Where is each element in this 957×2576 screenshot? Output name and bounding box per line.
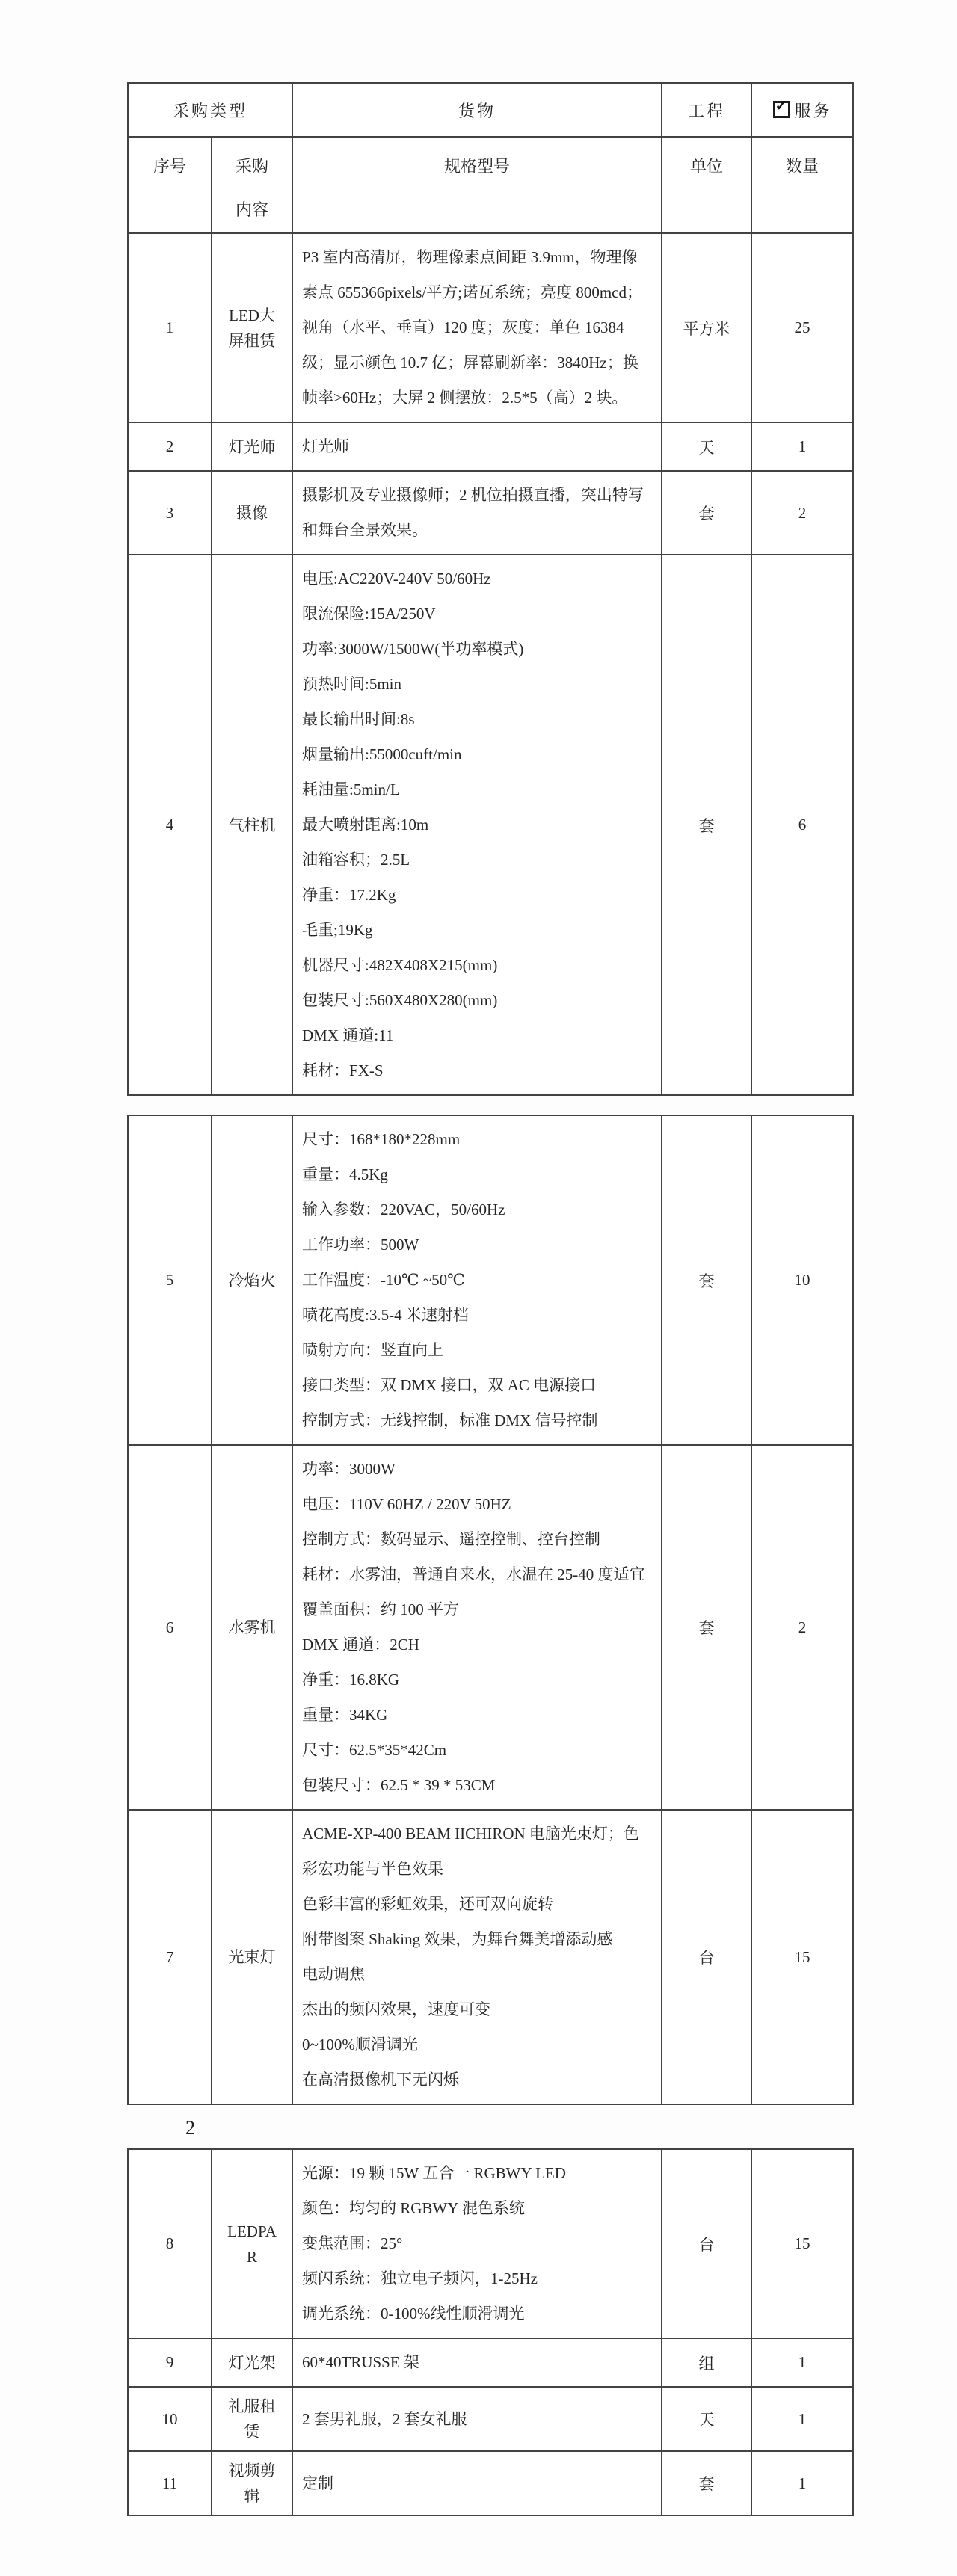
spec-line: 重量：34KG <box>302 1698 652 1733</box>
col-header-unit: 单位 <box>662 137 751 233</box>
checked-checkbox-icon: ✓ <box>773 101 790 118</box>
spec-line: 输入参数：220VAC，50/60Hz <box>302 1192 652 1227</box>
spec-line: 最大喷射距离:10m <box>302 807 652 842</box>
spec-line: 喷射方向：竖直向上 <box>302 1333 652 1368</box>
type-option-goods: 货物 <box>292 83 662 137</box>
row-number-cell: 1 <box>128 233 212 422</box>
spec-cell: ACME-XP-400 BEAM IICHIRON 电脑光束灯；色彩宏功能与半色… <box>292 1810 662 2104</box>
quantity-cell: 2 <box>751 1445 853 1810</box>
procurement-table-block-1: 采购类型 货物 工程 ✓服务 序号 采购内容 规格型号 单位 数量 1 LED大… <box>127 82 854 1096</box>
spec-cell: 光源：19 颗 15W 五合一 RGBWY LED颜色：均匀的 RGBWY 混色… <box>292 2149 662 2338</box>
col-header-qty: 数量 <box>751 137 853 233</box>
spec-line: 包装尺寸：62.5 * 39 * 53CM <box>302 1768 652 1803</box>
spec-line: 功率：3000W <box>302 1452 652 1487</box>
col-header-spec: 规格型号 <box>292 137 662 233</box>
spec-line: 色彩丰富的彩虹效果，还可双向旋转 <box>302 1887 652 1922</box>
table-row: 10 礼服租赁 2 套男礼服，2 套女礼服 天 1 <box>128 2387 853 2451</box>
spec-line: DMX 通道：2CH <box>302 1627 652 1663</box>
spec-line: 杰出的频闪效果，速度可变 <box>302 1992 652 2027</box>
header-row-type: 采购类型 货物 工程 ✓服务 <box>128 83 853 137</box>
table-row: 3 摄像 摄影机及专业摄像师；2 机位拍摄直播，突出特写和舞台全景效果。 套 2 <box>128 471 853 555</box>
spec-line: 工作温度：-10℃ ~50℃ <box>302 1263 652 1298</box>
table-row: 11 视频剪辑 定制 套 1 <box>128 2451 853 2515</box>
spec-line: 净重：16.8KG <box>302 1663 652 1698</box>
quantity-cell: 10 <box>751 1115 853 1445</box>
type-option-service: ✓服务 <box>751 83 853 137</box>
quantity-cell: 15 <box>751 2149 853 2338</box>
row-number-cell: 5 <box>128 1115 212 1445</box>
unit-cell: 套 <box>662 2451 751 2515</box>
col-header-no: 序号 <box>128 137 212 233</box>
procurement-content-cell: 摄像 <box>212 471 292 555</box>
spec-line: 最长输出时间:8s <box>302 702 652 737</box>
spec-cell: 功率：3000W电压：110V 60HZ / 220V 50HZ控制方式：数码显… <box>292 1445 662 1810</box>
spec-line: 耗材：水雾油，普通自来水，水温在 25-40 度适宜 <box>302 1557 652 1592</box>
col-header-content-label: 采购内容 <box>236 145 268 232</box>
quantity-cell: 1 <box>751 422 853 471</box>
quantity-cell: 6 <box>751 555 853 1095</box>
spec-cell: P3 室内高清屏，物理像素点间距 3.9mm，物理像素点 655366pixel… <box>292 233 662 422</box>
row-number-cell: 10 <box>128 2387 212 2451</box>
procurement-content-cell: 水雾机 <box>212 1445 292 1810</box>
row-number-cell: 7 <box>128 1810 212 2104</box>
spec-line: 烟量输出:55000cuft/min <box>302 737 652 772</box>
spec-line: 变焦范围：25° <box>302 2226 652 2261</box>
table-body-block-1: 1 LED大屏租赁 P3 室内高清屏，物理像素点间距 3.9mm，物理像素点 6… <box>128 233 853 1095</box>
unit-cell: 套 <box>662 471 751 555</box>
spec-line: 控制方式：数码显示、遥控控制、控台控制 <box>302 1522 652 1557</box>
table-row: 7 光束灯 ACME-XP-400 BEAM IICHIRON 电脑光束灯；色彩… <box>128 1810 853 2104</box>
spec-line: 耗油量:5min/L <box>302 772 652 807</box>
procurement-content-cell: 灯光架 <box>212 2338 292 2387</box>
table-row: 1 LED大屏租赁 P3 室内高清屏，物理像素点间距 3.9mm，物理像素点 6… <box>128 233 853 422</box>
spec-line: 净重：17.2Kg <box>302 878 652 913</box>
spec-line: ACME-XP-400 BEAM IICHIRON 电脑光束灯；色彩宏功能与半色… <box>302 1817 652 1887</box>
table-row: 8 LEDPAR 光源：19 颗 15W 五合一 RGBWY LED颜色：均匀的… <box>128 2149 853 2338</box>
spec-line: 颜色：均匀的 RGBWY 混色系统 <box>302 2191 652 2226</box>
spec-line: 毛重;19Kg <box>302 913 652 948</box>
spec-cell: 电压:AC220V-240V 50/60Hz限流保险:15A/250V功率:30… <box>292 555 662 1095</box>
spec-line: 60*40TRUSSE 架 <box>302 2345 652 2380</box>
unit-cell: 套 <box>662 1445 751 1810</box>
unit-cell: 平方米 <box>662 233 751 422</box>
spec-line: 附带图案 Shaking 效果，为舞台舞美增添动感 <box>302 1922 652 1957</box>
spec-line: 功率:3000W/1500W(半功率模式) <box>302 632 652 667</box>
quantity-cell: 15 <box>751 1810 853 2104</box>
quantity-cell: 2 <box>751 471 853 555</box>
procurement-content-cell: LED大屏租赁 <box>212 233 292 422</box>
procurement-content-cell: LEDPAR <box>212 2149 292 2338</box>
row-number-cell: 3 <box>128 471 212 555</box>
spec-line: 覆盖面积：约 100 平方 <box>302 1592 652 1627</box>
spec-line: 预热时间:5min <box>302 667 652 702</box>
table-row: 5 冷焰火 尺寸：168*180*228mm重量：4.5Kg输入参数：220VA… <box>128 1115 853 1445</box>
header-row-columns: 序号 采购内容 规格型号 单位 数量 <box>128 137 853 233</box>
spec-line: P3 室内高清屏，物理像素点间距 3.9mm，物理像素点 655366pixel… <box>302 240 652 416</box>
spec-cell: 灯光师 <box>292 422 662 471</box>
spec-line: 2 套男礼服，2 套女礼服 <box>302 2402 652 2437</box>
row-number-cell: 6 <box>128 1445 212 1810</box>
unit-cell: 天 <box>662 2387 751 2451</box>
check-mark-icon: ✓ <box>775 99 790 114</box>
spec-line: 喷花高度:3.5-4 米速射档 <box>302 1298 652 1333</box>
row-number-cell: 9 <box>128 2338 212 2387</box>
type-option-engineering-label: 工程 <box>688 102 725 120</box>
procurement-content-cell: 视频剪辑 <box>212 2451 292 2515</box>
spec-line: 电压：110V 60HZ / 220V 50HZ <box>302 1487 652 1522</box>
unit-cell: 台 <box>662 1810 751 2104</box>
procurement-table-block-2: 5 冷焰火 尺寸：168*180*228mm重量：4.5Kg输入参数：220VA… <box>127 1115 854 2105</box>
spec-line: DMX 通道:11 <box>302 1018 652 1053</box>
procurement-content-cell: 灯光师 <box>212 422 292 471</box>
row-number-cell: 11 <box>128 2451 212 2515</box>
row-number-cell: 4 <box>128 555 212 1095</box>
spec-cell: 60*40TRUSSE 架 <box>292 2338 662 2387</box>
quantity-cell: 1 <box>751 2387 853 2451</box>
unit-cell: 组 <box>662 2338 751 2387</box>
spec-line: 光源：19 颗 15W 五合一 RGBWY LED <box>302 2156 652 2191</box>
document-page: 采购类型 货物 工程 ✓服务 序号 采购内容 规格型号 单位 数量 1 LED大… <box>0 0 957 2576</box>
spec-cell: 尺寸：168*180*228mm重量：4.5Kg输入参数：220VAC，50/6… <box>292 1115 662 1445</box>
table-row: 2 灯光师 灯光师 天 1 <box>128 422 853 471</box>
page-number: 2 <box>185 2117 957 2139</box>
unit-cell: 套 <box>662 555 751 1095</box>
table-row: 6 水雾机 功率：3000W电压：110V 60HZ / 220V 50HZ控制… <box>128 1445 853 1810</box>
row-number-cell: 8 <box>128 2149 212 2338</box>
procurement-content-cell: 礼服租赁 <box>212 2387 292 2451</box>
spec-line: 调光系统：0-100%线性顺滑调光 <box>302 2296 652 2332</box>
spec-cell: 定制 <box>292 2451 662 2515</box>
type-option-goods-label: 货物 <box>458 102 496 120</box>
spec-line: 电动调焦 <box>302 1957 652 1992</box>
spec-line: 限流保险:15A/250V <box>302 597 652 632</box>
spec-line: 重量：4.5Kg <box>302 1157 652 1192</box>
spec-line: 耗材：FX-S <box>302 1053 652 1088</box>
spec-line: 频闪系统：独立电子频闪，1-25Hz <box>302 2261 652 2296</box>
unit-cell: 台 <box>662 2149 751 2338</box>
unit-cell: 天 <box>662 422 751 471</box>
procurement-content-cell: 气柱机 <box>212 555 292 1095</box>
spec-line: 控制方式：无线控制，标准 DMX 信号控制 <box>302 1403 652 1438</box>
spec-line: 接口类型：双 DMX 接口，双 AC 电源接口 <box>302 1368 652 1403</box>
spec-line: 定制 <box>302 2466 652 2501</box>
unit-cell: 套 <box>662 1115 751 1445</box>
spec-cell: 摄影机及专业摄像师；2 机位拍摄直播，突出特写和舞台全景效果。 <box>292 471 662 555</box>
spec-line: 工作功率：500W <box>302 1227 652 1263</box>
spec-line: 电压:AC220V-240V 50/60Hz <box>302 561 652 597</box>
type-option-service-label: 服务 <box>795 102 832 120</box>
procurement-type-label: 采购类型 <box>128 83 292 137</box>
spec-line: 摄影机及专业摄像师；2 机位拍摄直播，突出特写和舞台全景效果。 <box>302 478 652 548</box>
row-number-cell: 2 <box>128 422 212 471</box>
spec-line: 包装尺寸:560X480X280(mm) <box>302 983 652 1018</box>
procurement-content-cell: 冷焰火 <box>212 1115 292 1445</box>
spec-line: 油箱容积；2.5L <box>302 842 652 878</box>
procurement-content-cell: 光束灯 <box>212 1810 292 2104</box>
table-body-block-2: 5 冷焰火 尺寸：168*180*228mm重量：4.5Kg输入参数：220VA… <box>128 1115 853 2104</box>
procurement-table-block-3: 8 LEDPAR 光源：19 颗 15W 五合一 RGBWY LED颜色：均匀的… <box>127 2148 854 2516</box>
col-header-content: 采购内容 <box>212 137 292 233</box>
table-row: 9 灯光架 60*40TRUSSE 架 组 1 <box>128 2338 853 2387</box>
type-option-engineering: 工程 <box>662 83 751 137</box>
spec-line: 在高清摄像机下无闪烁 <box>302 2062 652 2098</box>
spec-line: 尺寸：168*180*228mm <box>302 1122 652 1157</box>
spec-line: 尺寸：62.5*35*42Cm <box>302 1733 652 1768</box>
spec-cell: 2 套男礼服，2 套女礼服 <box>292 2387 662 2451</box>
quantity-cell: 25 <box>751 233 853 422</box>
quantity-cell: 1 <box>751 2338 853 2387</box>
quantity-cell: 1 <box>751 2451 853 2515</box>
spec-line: 0~100%顺滑调光 <box>302 2027 652 2062</box>
table-body-block-3: 8 LEDPAR 光源：19 颗 15W 五合一 RGBWY LED颜色：均匀的… <box>128 2149 853 2515</box>
table-row: 4 气柱机 电压:AC220V-240V 50/60Hz限流保险:15A/250… <box>128 555 853 1095</box>
spec-line: 机器尺寸:482X408X215(mm) <box>302 948 652 983</box>
spec-line: 灯光师 <box>302 429 652 464</box>
